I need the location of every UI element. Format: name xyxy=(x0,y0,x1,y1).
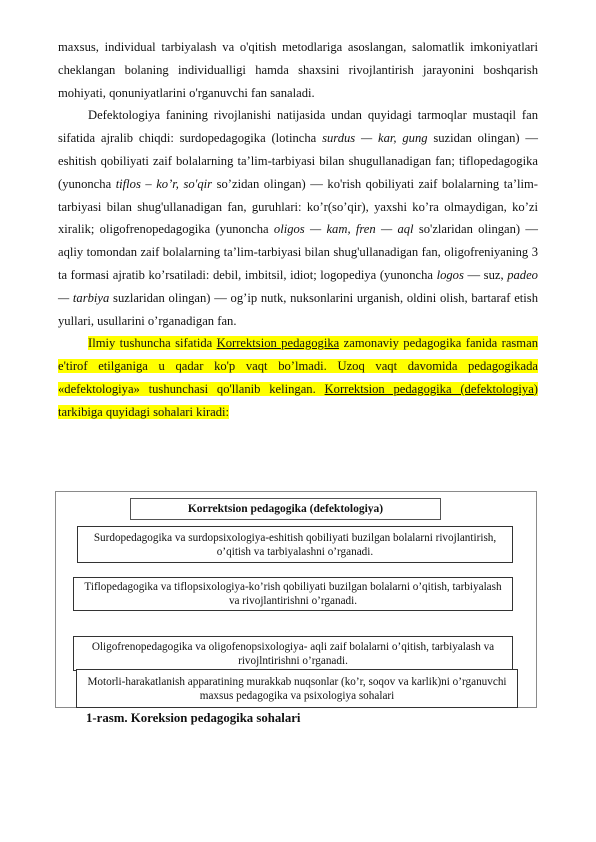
hyperlink-correctional-pedagogy-defectology[interactable]: Korrektsion pedagogika (defektologiya xyxy=(325,382,534,396)
diagram-box-tiflopedagogy: Tiflopedagogika va tiflopsixologiya-ko’r… xyxy=(73,577,513,611)
paragraph-intro: maxsus, individual tarbiyalash va o'qiti… xyxy=(58,36,538,104)
document-body: maxsus, individual tarbiyalash va o'qiti… xyxy=(58,36,538,424)
text: suzlaridan olingan) — og’ip nutk, nukson… xyxy=(58,291,538,328)
diagram-title-box: Korrektsion pedagogika (defektologiya) xyxy=(130,498,441,520)
paragraph-correctional-pedagogy: Ilmiy tushuncha sifatida Korrektsion ped… xyxy=(58,332,538,423)
italic-term: oligos — kam, fren — aql xyxy=(274,222,414,236)
italic-term: logos xyxy=(437,268,464,282)
highlighted-text: Ilmiy tushuncha sifatida xyxy=(88,336,217,350)
diagram-box-oligophrenopedagogy: Oligofrenopedagogika va oligofenopsixolo… xyxy=(73,636,513,671)
italic-term: tiflos – ko’r, so'qir xyxy=(116,177,212,191)
italic-term: surdus — kar, gung xyxy=(322,131,427,145)
text: — suz, xyxy=(464,268,507,282)
figure-caption: 1-rasm. Koreksion pedagogika sohalari xyxy=(86,711,301,726)
diagram-box-motor-disorders: Motorli-harakatlanish apparatining murak… xyxy=(76,669,518,708)
hyperlink-correctional-pedagogy[interactable]: Korrektsion pedagogika xyxy=(217,336,340,350)
paragraph-defectology-branches: Defektologiya fanining rivojlanishi nati… xyxy=(58,104,538,332)
diagram-box-surdopedagogy: Surdopedagogika va surdopsixologiya-eshi… xyxy=(77,526,513,563)
